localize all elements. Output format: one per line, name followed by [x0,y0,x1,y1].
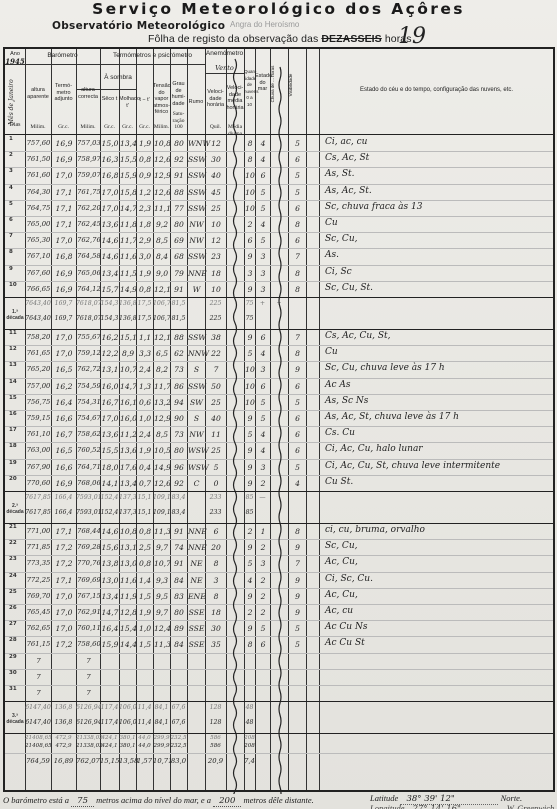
row-divider [5,281,553,282]
decade-divider [5,733,553,734]
cell-seco: 15,0 [101,139,119,148]
cell-hum: 91 [171,171,187,180]
month-sum-value: 21408,65 [25,735,51,741]
cell-molh: 13,6 [120,446,136,455]
service-title: Serviço Meteorológico dos Açôres [0,0,557,18]
cell-mar: 3 [256,269,270,278]
day-number: 31 [9,686,17,692]
cell-diff: 2,5 [137,543,153,552]
cell-molh: 16,1 [120,398,136,407]
day-number: 23 [9,556,17,562]
sky-observation: Sc, Cu, [325,234,357,244]
cell-hum: 88 [171,333,187,342]
cell-neb: 8 [245,139,255,148]
cell-hum: 80 [171,220,187,229]
cell-vis: 9 [289,543,306,552]
cell-tens: 12,6 [154,188,170,197]
latitude-dir: Norte. [501,793,523,803]
sky-observation: Ac Cu Ns [325,622,367,632]
sky-observation: Cs, Ac, Cu, St, [325,331,391,341]
cell-seco: 14,6 [101,252,119,261]
cell-rumo: NE [188,559,205,568]
cell-molh: 15,8 [120,188,136,197]
cell-molh: 13,1 [120,543,136,552]
cell-vis: 5 [289,188,306,197]
cell-mar: 6 [256,171,270,180]
cell-molh: 11,2 [120,430,136,439]
sky-observation: Ac Cu St [325,638,365,648]
row-divider [5,345,553,346]
cell-mar: 2 [256,576,270,585]
cell-rumo: NNE [188,527,205,536]
row-divider [5,669,553,670]
cell-molh: 13,4 [120,139,136,148]
cell-seco: 17,0 [101,188,119,197]
cell-vel: 0 [206,479,226,488]
cell-rumo: NW [188,430,205,439]
cell-diff: 0,9 [137,171,153,180]
day-number: 28 [9,637,17,643]
decade-label: 1.ª década [5,309,25,321]
cell-vel: 25 [206,204,226,213]
cell-alt_ap: 765,30 [26,236,51,244]
cell-seco: 16,4 [101,624,119,633]
decade3-value: 84,1 [153,719,170,726]
cell-vel: 25 [206,446,226,455]
decade2-value: 85 [244,494,255,501]
decade3-value: 84,1 [153,704,170,711]
cell-mar: 1 [256,527,270,536]
month-sum-value: 472,9 [51,735,76,741]
cell-alt_ap: 759,15 [26,414,51,422]
cell-seco: 16,3 [101,155,119,164]
cell-tens: 12,1 [154,285,170,294]
cell-vel: 3 [206,576,226,585]
month-mean-value: 13,58 [119,757,136,765]
month-sum-value: 21408,65 [25,743,51,749]
cell-rumo: SSW [188,382,205,391]
cell-neb: 10 [245,204,255,213]
cell-diff: 0,8 [137,559,153,568]
cell-alt_cor: 758,60 [77,640,100,648]
decade1-value: 225 [205,300,226,307]
cell-term: 16,9 [52,269,76,278]
cell-seco: 13,4 [101,592,119,601]
day-number: 20 [9,476,17,482]
mean-speed-header: Veloci-dade média horária [226,85,244,111]
cell-term: 17,2 [52,559,76,568]
cell-seco: 17,0 [101,204,119,213]
cell-vel: 50 [206,382,226,391]
row-divider [5,636,553,637]
cell-vel: 8 [206,592,226,601]
cell-alt_cor: 755,67 [77,333,100,341]
cell-rumo: NNE [188,269,205,278]
cell-hum: 80 [171,139,187,148]
cell-molh: 17,6 [120,463,136,472]
cell-diff: 1,8 [137,220,153,229]
sky-observation: As, Sc Ns [325,396,368,406]
cell-tens: 8,2 [154,365,170,374]
cell-alt_cor: 762,45 [77,220,100,228]
decade1-value: 106,7 [153,315,170,322]
cell-alt_ap: 758,20 [26,333,51,341]
cell-alt_ap: 772,25 [26,576,51,584]
cell-tens: 8,4 [154,252,170,261]
day-number: 7 [9,233,13,239]
cell-alt_ap: 764,30 [26,188,51,196]
sky-observation: Ci, Ac, Cu, halo lunar [325,444,423,454]
cell-rumo: NW [188,220,205,229]
sky-observation: Sc, Cu, St. [325,283,373,293]
decade3-value: 117,4 [100,719,119,726]
cell-neb: 8 [245,155,255,164]
cell-vis: 9 [289,608,306,617]
cell-vis: 4 [289,479,306,488]
cell-molh: 11,9 [120,592,136,601]
cell-seco: 13,0 [101,576,119,585]
cell-vel: 35 [206,640,226,649]
sky-observation: Cu [325,347,338,357]
cell-alt_ap: 771,85 [26,543,51,551]
sky-state-header: Estado do céu e do tempo, configuração d… [319,87,554,94]
cell-molh: 15,9 [120,171,136,180]
sheet-hour-struck: DEZASSEIS [321,33,381,45]
cell-tens: 9,3 [154,576,170,585]
cell-neb: 9 [245,252,255,261]
decade2-value: 7593,01 [76,509,100,516]
cell-seco: 17,0 [101,414,119,423]
thermometers-header: Termómetros e psicrómetro [100,53,205,60]
cell-neb: 9 [245,285,255,294]
unit-label: Milim. [25,124,51,131]
decade2-value: 15,1 [136,509,153,516]
cell-term: 17,0 [52,349,76,358]
cell-molh: 15,4 [120,624,136,633]
cell-alt_cor: 758,97 [77,155,100,163]
row-divider [5,588,553,589]
decade1-value: 75 [244,300,255,307]
day-number: 3 [9,168,13,174]
month-sum-value: 44,0 [136,743,153,749]
cell-neb: 5 [245,349,255,358]
cell-mar: 2 [256,543,270,552]
cell-seco: 13,6 [101,220,119,229]
decade2-value: 109,1 [153,509,170,516]
cell-hum: 74 [171,543,187,552]
cell-vis: 7 [289,333,306,342]
cell-vis: 6 [289,446,306,455]
cell-term: 16,2 [52,382,76,391]
cell-diff: 1,9 [137,269,153,278]
cell-vel: 30 [206,155,226,164]
direction-header: Rumo [187,99,205,106]
decade2-value: 152,4 [100,509,119,516]
unit-label: Gr.c. [119,124,136,131]
cell-diff: 1,5 [137,640,153,649]
cell-alt_cor: 754,31 [77,398,100,406]
cell-alt_cor: 761,75 [77,188,100,196]
cell-rumo: SSW [188,171,205,180]
cell-term: 16,5 [52,365,76,374]
day-number: 4 [9,185,13,191]
column-divider [306,49,307,790]
cell-alt_ap: 761,60 [26,171,51,179]
apparent-height-header: altura aparente [25,87,51,100]
cell-mar: 3 [256,285,270,294]
cell-vis: 7 [289,252,306,261]
month-sum-value: 586 [205,743,226,749]
cell-neb: 10 [245,398,255,407]
cell-alt_ap: 767,10 [26,252,51,260]
cell-alt_ap: 763,00 [26,446,51,454]
cell-rumo: NE [188,576,205,585]
cell-neb: 3 [245,269,255,278]
cell-term: 16,6 [52,463,76,472]
cell-diff: 2,4 [137,430,153,439]
unit-label: Milim. [76,124,100,131]
cell-term: 16,9 [52,155,76,164]
cell-vel: 40 [206,171,226,180]
cell-vis: 6 [289,414,306,423]
cell-alt_cor: 764,12 [77,285,100,293]
sky-observation: Ac As [325,380,351,390]
cell-alt_ap: 764,75 [26,204,51,212]
row-divider [5,426,553,427]
month-mean-value: 7,4 [244,757,255,765]
month-mean-value: 764,59 [25,757,51,765]
cell-diff: 0,8 [137,155,153,164]
cell-molh: 14,9 [120,285,136,294]
unit-label: Gr.c. [100,124,119,131]
day-number: 11 [9,330,17,336]
decade2-value: 109,1 [153,494,170,501]
day-number: 5 [9,201,13,207]
sheet-label: Fôlha de registo da observação das DEZAS… [148,33,412,45]
cell-mar: 6 [256,333,270,342]
sky-observation: Cu St. [325,477,353,487]
decade2-value: 83,4 [170,509,187,516]
cell-rumo: WSW [188,446,205,455]
decade1-value: 136,8 [119,300,136,307]
day-number: 22 [9,540,17,546]
cell-neb: 2 [245,527,255,536]
cell-alt_cor: 7 [77,673,100,681]
shade-header: À sombra [100,75,136,82]
cell-neb: 10 [245,188,255,197]
cell-term: 17,2 [52,543,76,552]
decade3-value: 67,6 [170,719,187,726]
cell-vis: 7 [289,559,306,568]
day-number: 26 [9,605,17,611]
cell-alt_ap: 762,65 [26,624,51,632]
sky-observation: Ci, Ac, Cu, St, chuva leve intermitente [325,461,500,471]
cell-seco: 14,1 [101,479,119,488]
cell-vel: 38 [206,333,226,342]
day-number: 21 [9,524,17,530]
day-number: 19 [9,460,17,466]
header-divider [25,64,205,65]
cell-alt_cor: 758,62 [77,430,100,438]
cell-tens: 11,3 [154,527,170,536]
cell-mar: 5 [256,624,270,633]
decade3-value: 128 [205,704,226,711]
cell-hum: 80 [171,608,187,617]
cell-hum: 79 [171,269,187,278]
row-divider [5,475,553,476]
column-divider [226,49,227,790]
cell-rumo: WSW [188,463,205,472]
decade2-value: 137,3 [119,509,136,516]
cell-vel: 7 [206,365,226,374]
cell-term: 17,1 [52,188,76,197]
cell-hum: 94 [171,398,187,407]
cell-rumo: NW [188,236,205,245]
row-divider [5,151,553,152]
decade1-value: 7618,07 [76,315,100,322]
barometer-footnote: O barómetro está a 75 metros acima do ní… [3,795,314,806]
decade3-value: 128 [205,719,226,726]
cell-diff: 2,9 [137,236,153,245]
decade1-value: 106,7 [153,300,170,307]
t-diff-header: t − t' [136,97,153,104]
cell-neb: 2 [245,608,255,617]
cell-seco: 13,8 [101,559,119,568]
cell-vis: 5 [289,624,306,633]
month-sum-value: 208 [244,743,255,749]
cell-alt_ap: 761,50 [26,155,51,163]
cell-term: 16,9 [52,285,76,294]
cell-mar: 3 [256,252,270,261]
cell-tens: 12,1 [154,333,170,342]
cell-vel: 5 [206,463,226,472]
year-value: 1945 [5,59,25,66]
cell-tens: 9,0 [154,269,170,278]
day-number: 17 [9,427,17,433]
cell-tens: 8,5 [154,430,170,439]
decade3-value: 6126,94 [76,704,100,711]
cell-alt_cor: 765,06 [77,269,100,277]
cell-alt_ap: 766,65 [26,285,51,293]
cell-vel: 10 [206,220,226,229]
cell-rumo: SSW [188,252,205,261]
cell-alt_cor: 7 [77,657,100,665]
cell-vis: 8 [289,220,306,229]
cell-alt_ap: 757,60 [26,139,51,147]
decade1-value: 75 [244,315,255,322]
cell-vis: 8 [289,349,306,358]
cell-alt_cor: 759,07 [77,171,100,179]
month-sum-value: 299,9 [153,735,170,741]
cell-seco: 16,2 [101,333,119,342]
cell-vel: 45 [206,188,226,197]
decade-divider [5,523,553,524]
cell-hum: 84 [171,576,187,585]
barometer-header: Barómetro [25,53,100,60]
cell-diff: 1,3 [137,382,153,391]
decade3-value: 11,4 [136,719,153,726]
decade2-value: 85 [244,509,255,516]
cell-term: 17,2 [52,640,76,649]
day-number: 10 [9,282,17,288]
decade-label: 2.ª década [5,503,25,515]
sky-observation: Ac, Cu, [325,557,358,567]
cell-mar: 3 [256,463,270,472]
month-sum-value: 232,5 [170,735,187,741]
day-number: 6 [9,217,13,223]
cell-molh: 13,4 [120,479,136,488]
cell-hum: 68 [171,252,187,261]
cell-neb: 9 [245,624,255,633]
decade2-value: 137,3 [119,494,136,501]
month-sum-value: 380,1 [119,735,136,741]
cell-mar: 4 [256,446,270,455]
sheet-label-prefix: Fôlha de registo da observação das [148,33,318,45]
cell-hum: 91 [171,527,187,536]
cell-term: 17,0 [52,608,76,617]
longitude-dir: W. Greenwich [507,803,555,809]
cell-tens: 13,2 [154,398,170,407]
sea-state-header: Estado do mar [255,73,270,93]
sky-observation: Sc, Cu, chuva leve às 17 h [325,363,445,373]
decade1-value: 7643,40 [25,300,51,307]
cell-molh: 11,7 [120,236,136,245]
decade3-value: 6147,40 [25,719,51,726]
cell-tens: 10,5 [154,446,170,455]
row-divider [5,378,553,379]
cell-neb: 4 [245,576,255,585]
month-mean-value: 762,07 [76,757,100,765]
cell-seco: 13,1 [101,365,119,374]
day-number: 1 [9,136,13,142]
observatory-title: Observatório Meteorológico [52,20,225,32]
decade1-value: + [255,300,270,307]
cell-diff: 2,4 [137,365,153,374]
cell-term: 17,0 [52,236,76,245]
cell-vis: 5 [289,463,306,472]
cell-vis: 5 [289,640,306,649]
cell-alt_cor: 7 [77,689,100,697]
cell-alt_ap: 771,00 [26,527,51,535]
cell-hum: 73 [171,365,187,374]
cell-hum: 89 [171,624,187,633]
cell-alt_cor: 770,76 [77,559,100,567]
cell-molh: 10,7 [120,365,136,374]
cell-tens: 12,9 [154,171,170,180]
cell-hum: 91 [171,285,187,294]
sky-observation: Cs, Ac, St [325,153,369,163]
anemometer-header: Anemómetro [205,51,244,58]
decade2-value: 7593,01 [76,494,100,501]
cell-neb: 9 [245,414,255,423]
decade1-value: 169,7 [51,300,76,307]
sky-observation: As, Ac, St, chuva leve às 17 h [325,412,459,422]
cell-molh: 11,6 [120,252,136,261]
cell-alt_cor: 754,67 [77,414,100,422]
cell-tens: 14,9 [154,463,170,472]
day-number: 25 [9,589,17,595]
decade1-value: 81,5 [170,300,187,307]
cell-mar: 6 [256,382,270,391]
cell-tens: 11,3 [154,640,170,649]
decade1-value: 154,3 [100,315,119,322]
row-divider [5,620,553,621]
decade3-value: 6147,40 [25,704,51,711]
barometer-height: 75 [71,796,94,807]
cell-vis: 6 [289,204,306,213]
cell-seco: 14,6 [101,236,119,245]
cell-vis: 9 [289,576,306,585]
